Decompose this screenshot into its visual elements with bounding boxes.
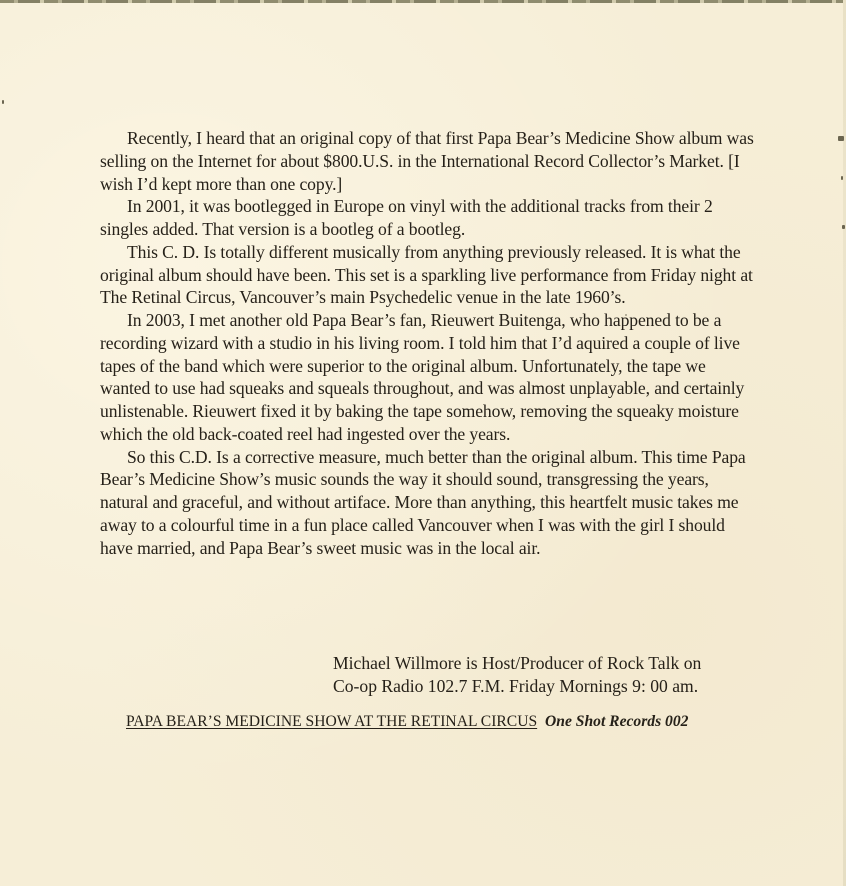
signature-line-2: Co-op Radio 102.7 F.M. Friday Mornings 9… (333, 675, 701, 698)
signature-line-1: Michael Willmore is Host/Producer of Roc… (333, 652, 701, 675)
paper-speck (842, 225, 845, 229)
paper-speck (841, 176, 843, 180)
torn-top-edge (0, 0, 846, 3)
paragraph-1: Recently, I heard that an original copy … (100, 127, 760, 195)
paper-speck (838, 136, 844, 141)
record-label: One Shot Records 002 (545, 713, 688, 730)
paragraph-3: This C. D. Is totally different musicall… (100, 241, 760, 309)
album-title: PAPA BEAR’S MEDICINE SHOW AT THE RETINAL… (126, 713, 537, 730)
paper-speck (2, 100, 4, 104)
liner-notes-body: Recently, I heard that an original copy … (100, 127, 760, 559)
paragraph-4: In 2003, I met another old Papa Bear’s f… (100, 309, 760, 446)
album-footer: PAPA BEAR’S MEDICINE SHOW AT THE RETINAL… (126, 713, 688, 731)
paragraph-5: So this C.D. Is a corrective measure, mu… (100, 446, 760, 560)
author-signature: Michael Willmore is Host/Producer of Roc… (333, 652, 701, 698)
paragraph-2: In 2001, it was bootlegged in Europe on … (100, 195, 760, 241)
scanned-liner-notes-page: Recently, I heard that an original copy … (0, 0, 846, 886)
